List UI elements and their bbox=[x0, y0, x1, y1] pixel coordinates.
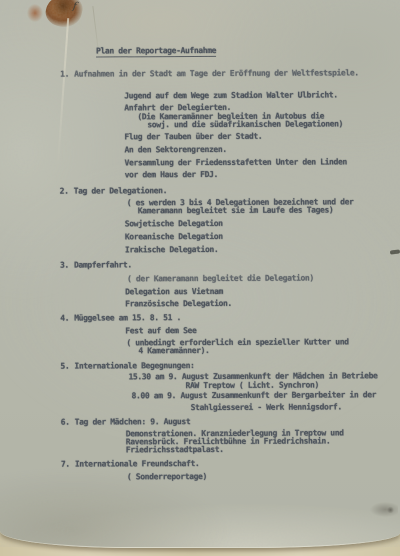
doc-line: Friedrichsstadtpalast. bbox=[126, 445, 224, 454]
doc-line: ( der Kameramann begleitet die Delegatio… bbox=[127, 274, 314, 284]
section-number: 3. bbox=[60, 261, 69, 270]
doc-line: RAW Treptow ( Licht. Synchron) bbox=[185, 380, 318, 390]
section-number: 2. bbox=[60, 187, 69, 196]
doc-line: ( Sonderreportage) bbox=[127, 472, 207, 481]
doc-line: vor dem Haus der FDJ. bbox=[125, 170, 218, 179]
section-heading: Tag der Mädchen: 9. August bbox=[75, 417, 191, 427]
doc-line: Sowjetische Delegation bbox=[125, 219, 223, 228]
doc-line: 8.00 am 9. August Zusammenkunft der Berg… bbox=[132, 390, 377, 400]
section-heading: Aufnahmen in der Stadt am Tage der Eröff… bbox=[74, 68, 359, 78]
doc-line: Fest auf dem See bbox=[125, 326, 196, 335]
section-heading: Internationale Freundschaft. bbox=[75, 459, 200, 469]
section-heading: Dampferfahrt. bbox=[74, 260, 132, 269]
doc-line: 4 Kameramänner). bbox=[138, 346, 209, 355]
doc-line: An den Sektorengrenzen. bbox=[124, 145, 226, 154]
doc-line: Koreanische Delegation bbox=[125, 232, 223, 241]
doc-line: Jugend auf dem Wege zum Stadion Walter U… bbox=[124, 90, 337, 100]
doc-line: Versammlung der Friedensstafetten Unter … bbox=[124, 157, 346, 167]
bottom-right-smudge-dot bbox=[387, 507, 394, 513]
section-heading: Tag der Delegationen. bbox=[74, 186, 167, 195]
section-number: 1. bbox=[60, 70, 69, 79]
doc-line: sowj. und die südafrikanischen Delegatio… bbox=[147, 119, 343, 129]
doc-line: Stahlgiesserei - Werk Hennigsdorf. bbox=[191, 402, 342, 412]
doc-line: Irakische Delegation. bbox=[125, 245, 218, 254]
section-number: 7. bbox=[61, 460, 70, 469]
section-number: 5. bbox=[60, 362, 69, 371]
doc-line: Anfahrt der Delegierten. bbox=[124, 103, 231, 112]
section-heading: Internationale Begegnungen: bbox=[74, 361, 194, 371]
doc-line: Delegation aus Vietnam bbox=[125, 287, 223, 296]
paper-sheet: f Plan der Reportage-Aufnahme 1. Aufnahm… bbox=[0, 0, 400, 548]
doc-line: Kameramann begleitet sie im Laufe des Ta… bbox=[138, 205, 334, 215]
document-title: Plan der Reportage-Aufnahme bbox=[96, 46, 216, 58]
typewritten-text-layer: Plan der Reportage-Aufnahme 1. Aufnahmen… bbox=[0, 0, 400, 548]
doc-line: Flug der Tauben über der Stadt. bbox=[124, 132, 262, 142]
doc-line: Französische Delegation. bbox=[125, 299, 232, 308]
section-heading: Müggelsee am 15. 8. 51 . bbox=[74, 313, 181, 322]
section-number: 6. bbox=[61, 418, 70, 427]
scanner-backing: f Plan der Reportage-Aufnahme 1. Aufnahm… bbox=[0, 0, 400, 556]
section-number: 4. bbox=[60, 314, 69, 323]
